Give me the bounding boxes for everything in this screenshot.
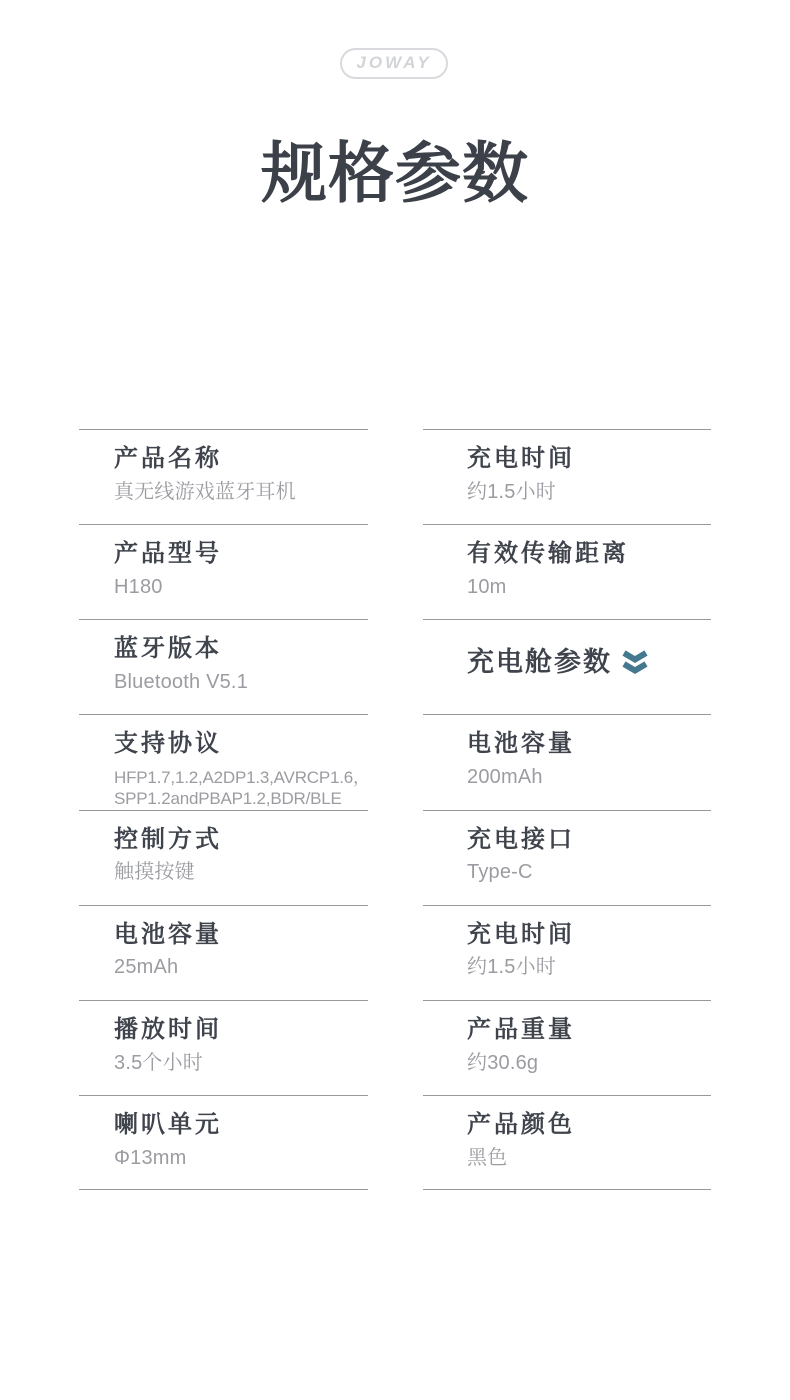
spec-row-transmission-range: 有效传输距离 10m [423,524,711,619]
spec-label: 产品颜色 [467,1111,711,1140]
spec-value: HFP1.7,1.2,A2DP1.3,AVRCP1.6， SPP1.2andPB… [114,768,368,809]
spec-value: 25mAh [114,956,368,979]
spec-value: 约1.5小时 [467,481,711,504]
spec-label: 充电接口 [467,826,711,855]
spec-value: Bluetooth V5.1 [114,671,368,694]
spec-row-earbud-battery: 电池容量 25mAh [79,905,368,1000]
spec-row-product-name: 产品名称 真无线游戏蓝牙耳机 [79,429,368,524]
spec-label: 蓝牙版本 [114,635,368,664]
spec-value: Type-C [467,861,711,884]
spec-value: 真无线游戏蓝牙耳机 [114,481,368,504]
spec-page: JOWAY 规格参数 产品名称 真无线游戏蓝牙耳机 产品型号 H180 蓝牙版本… [0,0,790,1400]
spec-value: 约1.5小时 [467,956,711,979]
spec-label: 电池容量 [467,730,711,759]
spec-row-play-time: 播放时间 3.5个小时 [79,1000,368,1095]
spec-row-speaker-unit: 喇叭单元 Φ13mm [79,1095,368,1190]
spec-column-left: 产品名称 真无线游戏蓝牙耳机 产品型号 H180 蓝牙版本 Bluetooth … [79,429,368,1190]
spec-label: 电池容量 [114,921,368,950]
section-header: 充电舱参数 [467,640,711,679]
spec-row-earbud-charge-time: 充电时间 约1.5小时 [423,429,711,524]
brand-logo-text: JOWAY [356,53,431,73]
spec-row-case-charge-time: 充电时间 约1.5小时 [423,905,711,1000]
spec-row-product-weight: 产品重量 约30.6g [423,1000,711,1095]
spec-column-right: 充电时间 约1.5小时 有效传输距离 10m 充电舱参数 [423,429,711,1190]
spec-label: 产品重量 [467,1016,711,1045]
spec-value: Φ13mm [114,1147,368,1170]
spec-label: 产品名称 [114,445,368,474]
section-title: 充电舱参数 [467,640,612,679]
spec-value: 3.5个小时 [114,1052,368,1075]
spec-row-control-method: 控制方式 触摸按键 [79,810,368,905]
spec-label: 喇叭单元 [114,1111,368,1140]
spec-grid: 产品名称 真无线游戏蓝牙耳机 产品型号 H180 蓝牙版本 Bluetooth … [79,429,711,1190]
double-chevron-down-icon [621,649,649,674]
spec-value: 约30.6g [467,1052,711,1075]
spec-value: H180 [114,576,368,599]
spec-value: 触摸按键 [114,861,368,884]
spec-label: 充电时间 [467,445,711,474]
spec-row-protocols: 支持协议 HFP1.7,1.2,A2DP1.3,AVRCP1.6， SPP1.2… [79,714,368,809]
spec-value: 200mAh [467,766,711,789]
spec-row-model: 产品型号 H180 [79,524,368,619]
spec-label: 有效传输距离 [467,540,711,569]
spec-label: 控制方式 [114,826,368,855]
spec-label: 支持协议 [114,730,368,759]
spec-label: 充电时间 [467,921,711,950]
spec-row-bluetooth-version: 蓝牙版本 Bluetooth V5.1 [79,619,368,714]
brand-logo: JOWAY [340,48,448,79]
spec-label: 产品型号 [114,540,368,569]
spec-row-product-color: 产品颜色 黑色 [423,1095,711,1190]
spec-row-charging-port: 充电接口 Type-C [423,810,711,905]
spec-section-charging-case: 充电舱参数 [423,619,711,714]
spec-label: 播放时间 [114,1016,368,1045]
spec-row-case-battery: 电池容量 200mAh [423,714,711,809]
spec-value: 10m [467,576,711,599]
spec-value: 黑色 [467,1147,711,1170]
page-title: 规格参数 [0,136,790,212]
